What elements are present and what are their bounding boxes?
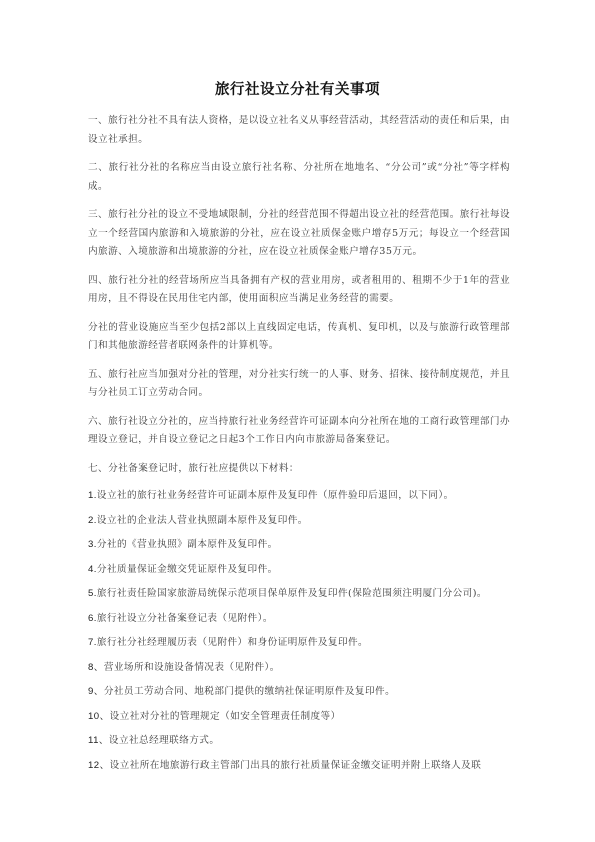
list-item-text: 设立社所在地旅游行政主管部门出具的旅行社质量保证金缴交证明并附上联络人及联 — [110, 760, 482, 771]
list-item-number: 8、 — [88, 662, 104, 673]
paragraph-management: 五、旅行社应当加强对分社的管理，对分社实行统一的人事、财务、招徕、接待制度规范，… — [88, 366, 510, 403]
list-item-text: 设立社总经理联络方式。 — [109, 735, 219, 746]
list-item-text: 营业场所和设施设备情况表（见附件）。 — [104, 662, 280, 673]
list-item-number: 3. — [88, 539, 97, 550]
list-item: 12、设立社所在地旅游行政主管部门出具的旅行社质量保证金缴交证明并附上联络人及联 — [88, 758, 510, 774]
list-item: 11、设立社总经理联络方式。 — [88, 733, 510, 749]
document-title: 旅行社设立分社有关事项 — [0, 78, 595, 99]
list-item-text: 设立社对分社的管理规定（如安全管理责任制度等） — [110, 711, 341, 722]
paragraph-registration: 六、旅行社设立分社的，应当持旅行社业务经营许可证副本向分社所在地的工商行政管理部… — [88, 413, 510, 450]
list-item-number: 2. — [88, 515, 97, 526]
list-item-text: 设立社的企业法人营业执照副本原件及复印件。 — [97, 515, 308, 526]
list-item-number: 5. — [88, 588, 97, 599]
list-item: 8、营业场所和设施设备情况表（见附件）。 — [88, 660, 510, 676]
list-item: 1.设立社的旅行社业务经营许可证副本原件及复印件（原件验印后退回，以下同）。 — [88, 488, 510, 504]
list-item-number: 12、 — [88, 760, 110, 771]
list-item-text: 设立社的旅行社业务经营许可证副本原件及复印件（原件验印后退回，以下同）。 — [97, 490, 454, 501]
paragraph-naming: 二、旅行社分社的名称应当由设立旅行社名称、分社所在地地名、“分公司”或“分社”等… — [88, 159, 510, 196]
list-item-number: 7. — [88, 637, 97, 648]
paragraph-scope-deposit: 三、旅行社分社的设立不受地域限制，分社的经营范围不得超出设立社的经营范围。旅行社… — [88, 206, 510, 262]
list-item-number: 9、 — [88, 686, 104, 697]
list-item: 3.分社的《营业执照》副本原件及复印件。 — [88, 537, 510, 553]
list-item-number: 4. — [88, 564, 97, 575]
list-item-text: 分社的《营业执照》副本原件及复印件。 — [97, 539, 278, 550]
list-item-text: 分社员工劳动合同、地税部门提供的缴纳社保证明原件及复印件。 — [104, 686, 395, 697]
list-item-text: 旅行社责任险国家旅游局统保示范项目保单原件及复印件(保险范围须注明厦门分公司)。 — [97, 588, 487, 599]
list-item: 5.旅行社责任险国家旅游局统保示范项目保单原件及复印件(保险范围须注明厦门分公司… — [88, 586, 510, 602]
document-page: 旅行社设立分社有关事项 一、旅行社分社不具有法人资格，是以设立社名义从事经营活动… — [0, 0, 595, 842]
list-item-number: 1. — [88, 490, 97, 501]
paragraph-legal-status: 一、旅行社分社不具有法人资格，是以设立社名义从事经营活动，其经营活动的责任和后果… — [88, 112, 510, 149]
list-item-text: 分社质量保证金缴交凭证原件及复印件。 — [97, 564, 278, 575]
list-item-number: 11、 — [88, 735, 109, 746]
list-item-number: 6. — [88, 613, 97, 624]
list-item: 7.旅行社分社经理履历表（见附件）和身份证明原件及复印件。 — [88, 635, 510, 651]
list-item-text: 旅行社分社经理履历表（见附件）和身份证明原件及复印件。 — [97, 637, 368, 648]
list-item: 6.旅行社设立分社备案登记表（见附件）。 — [88, 611, 510, 627]
list-item: 4.分社质量保证金缴交凭证原件及复印件。 — [88, 562, 510, 578]
list-item: 10、设立社对分社的管理规定（如安全管理责任制度等） — [88, 709, 510, 725]
list-item-text: 旅行社设立分社备案登记表（见附件）。 — [97, 613, 273, 624]
paragraph-materials-intro: 七、分社备案登记时，旅行社应提供以下材料： — [88, 460, 510, 479]
paragraph-facilities: 分社的营业设施应当至少包括2部以上直线固定电话，传真机、复印机，以及与旅游行政管… — [88, 319, 510, 356]
document-body: 一、旅行社分社不具有法人资格，是以设立社名义从事经营活动，其经营活动的责任和后果… — [88, 112, 510, 782]
list-item: 9、分社员工劳动合同、地税部门提供的缴纳社保证明原件及复印件。 — [88, 684, 510, 700]
list-item-number: 10、 — [88, 711, 110, 722]
materials-list: 1.设立社的旅行社业务经营许可证副本原件及复印件（原件验印后退回，以下同）。 2… — [88, 488, 510, 774]
list-item: 2.设立社的企业法人营业执照副本原件及复印件。 — [88, 513, 510, 529]
paragraph-premises: 四、旅行社分社的经营场所应当具备拥有产权的营业用房，或者租用的、租期不少于1年的… — [88, 272, 510, 309]
